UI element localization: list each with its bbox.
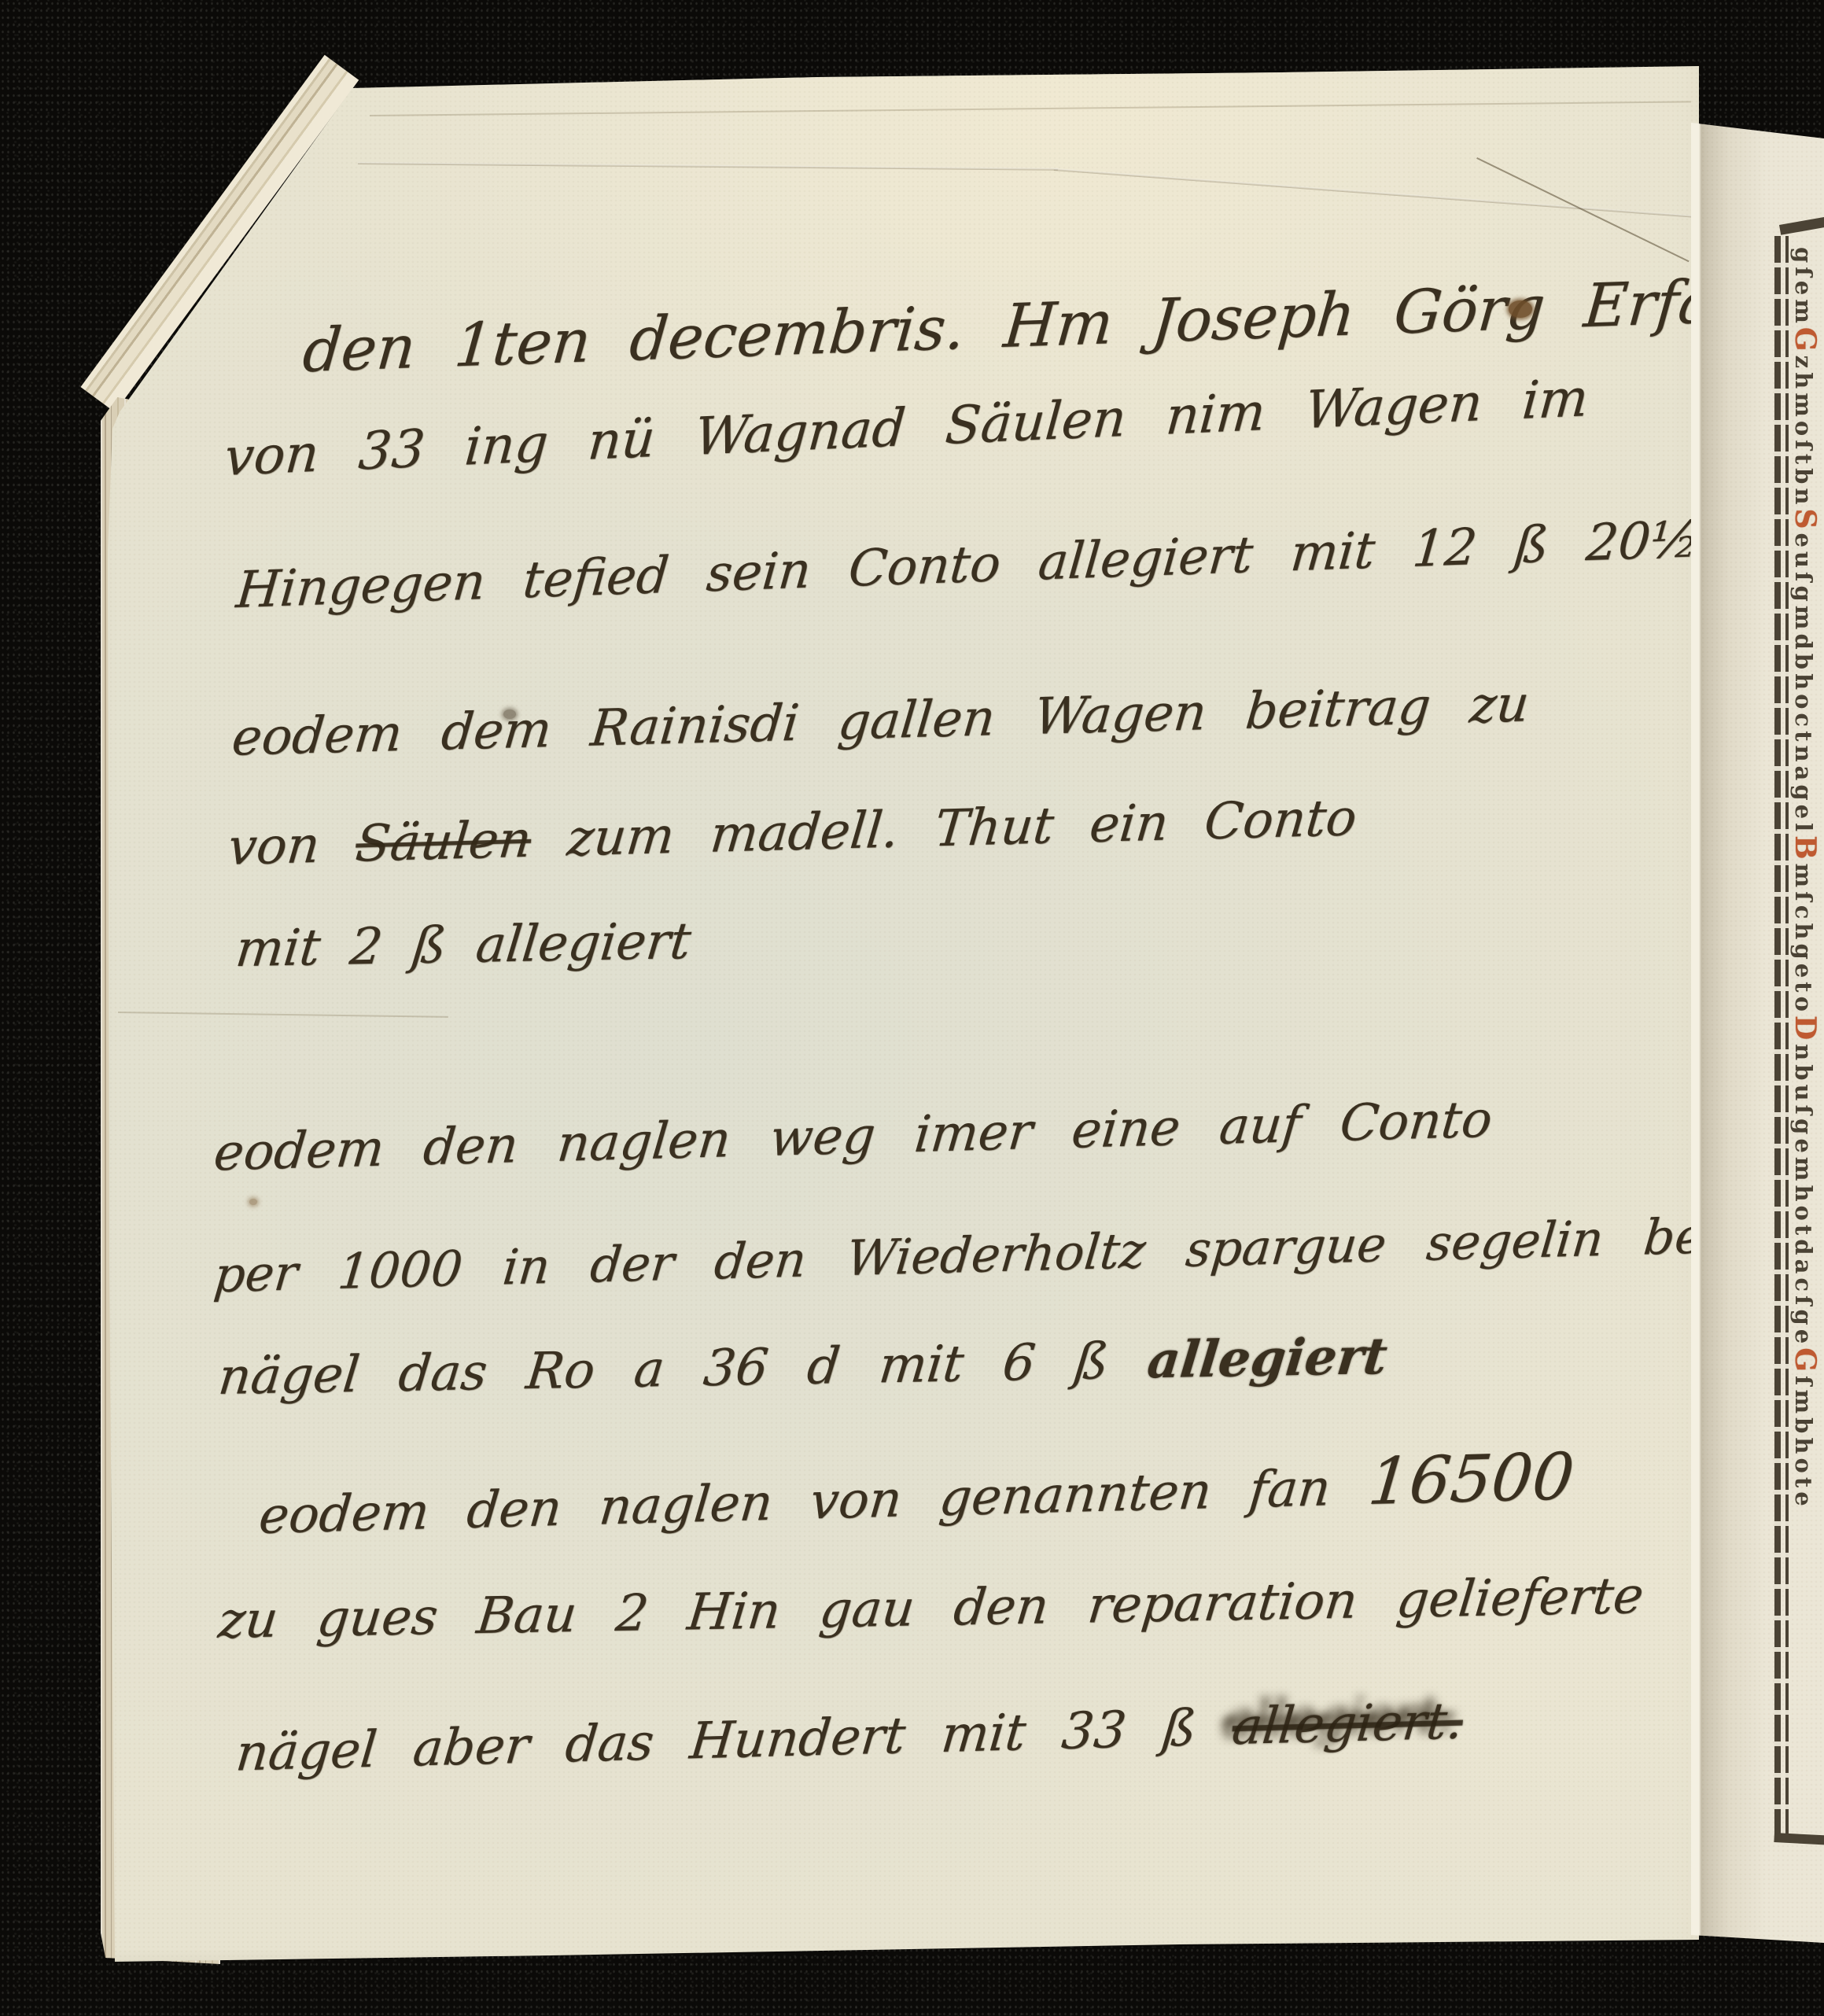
manuscript-word-segment: mit 2 ß allegiert (233, 912, 694, 979)
manuscript-word-segment: allegiert (1144, 1327, 1390, 1390)
ink-stain (503, 709, 516, 719)
ink-stain (1509, 300, 1532, 318)
printed-text-fragment: gſem (1790, 247, 1817, 327)
photograph-background: den 1ten decembris. Hm Joseph Görg Erfan… (0, 0, 1824, 2016)
manuscript-line-6: mit 2 ß allegiert (233, 912, 694, 979)
printed-text-column: gſemGzhmoſtbnSeuſgmdbhoctnagelBmſchgetoD… (1792, 247, 1822, 1844)
printed-text-fragment: euſgmdbhoctnagel (1790, 533, 1817, 835)
ink-stain (249, 1199, 257, 1205)
printed-red-initial: G (1789, 1347, 1822, 1376)
printed-text-fragment: ſmbhote (1790, 1376, 1817, 1510)
printed-red-initial: B (1789, 835, 1822, 863)
printed-text-fragment: mſchgeto (1790, 864, 1817, 1015)
manuscript-word-segment: 16500 (1365, 1439, 1578, 1520)
manuscript-word-segment: Säulen (353, 811, 534, 874)
printed-red-initial: S (1789, 508, 1822, 533)
manuscript-word-segment: von (226, 815, 359, 876)
printed-text-fragment: nbuſgemhotdacſge (1790, 1044, 1817, 1347)
printed-red-initial: G (1789, 327, 1822, 356)
manuscript-word-segment: allegiert. (1229, 1692, 1465, 1756)
printed-text-fragment: zhmoſtbn (1790, 356, 1817, 509)
printed-red-initial: D (1789, 1015, 1822, 1044)
